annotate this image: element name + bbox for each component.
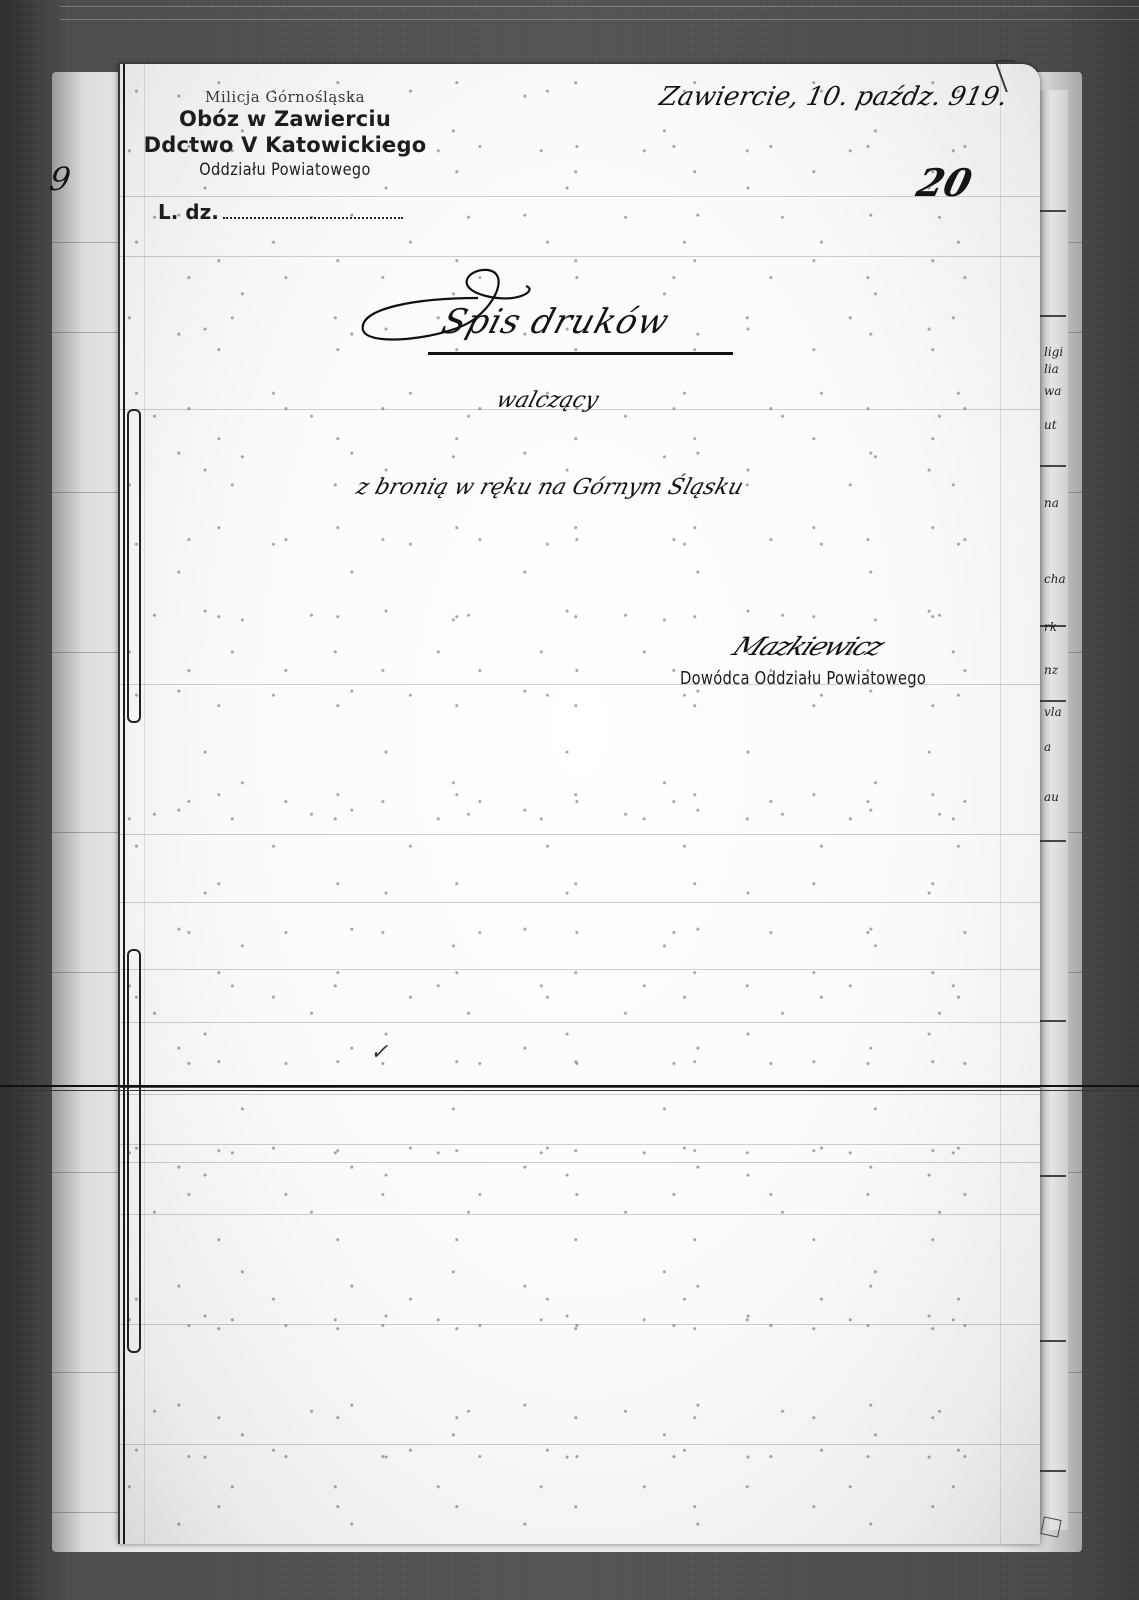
edge-text-fragment: nz [1044, 663, 1058, 677]
document-subtitle: walczący [493, 388, 601, 413]
stamp-camp: Obóz w Zawierciu [140, 106, 430, 132]
edge-text-fragment: lia [1044, 362, 1059, 376]
scan-streak [60, 19, 1139, 20]
title-block: Spis druków [358, 268, 718, 358]
scan-streak [60, 6, 1139, 7]
edge-text-fragment: a [1044, 740, 1051, 754]
document-title: Spis druków [437, 302, 674, 342]
edge-text-fragment: ut [1044, 418, 1057, 432]
official-stamp: Milicja Górnośląska Obóz w Zawierciu Ddc… [140, 88, 430, 180]
scan-artifact-band [0, 1085, 1139, 1087]
corner-fold [1040, 1516, 1061, 1537]
document-phrase: z bronią w ręku na Górnym Śląsku [353, 475, 746, 500]
place-date: Zawiercie, 10. paźdz. 919. [657, 82, 1010, 112]
scan-artifact-band [0, 1090, 1139, 1091]
folio-number: 20 [912, 160, 976, 205]
binding-thread [123, 64, 129, 1544]
reference-number-field: L. dz. [158, 200, 403, 224]
edge-text-fragment: wa [1044, 384, 1061, 398]
stamp-unit: Oddziału Powiatowego [162, 160, 409, 180]
reference-number-blank [223, 217, 403, 219]
signature-role: Dowódca Oddziału Powiatowego [680, 668, 926, 689]
checkmark-icon: ✓ [370, 1040, 388, 1065]
stamp-organization: Milicja Górnośląska [140, 88, 430, 106]
reference-number-label: L. dz. [158, 200, 219, 224]
edge-text-fragment: ligi [1044, 345, 1063, 359]
edge-text-fragment: au [1044, 790, 1059, 804]
stamp-command: Ddctwo V Katowickiego [140, 132, 430, 158]
edge-text-fragment: cha [1044, 572, 1066, 586]
signature: Mazkiewicz [727, 632, 889, 662]
edge-text-fragment: rk [1044, 620, 1057, 634]
right-edge-strip [1040, 90, 1068, 1530]
title-underline [428, 352, 733, 355]
edge-text-fragment: na [1044, 496, 1059, 510]
edge-text-fragment: vla [1044, 705, 1062, 719]
